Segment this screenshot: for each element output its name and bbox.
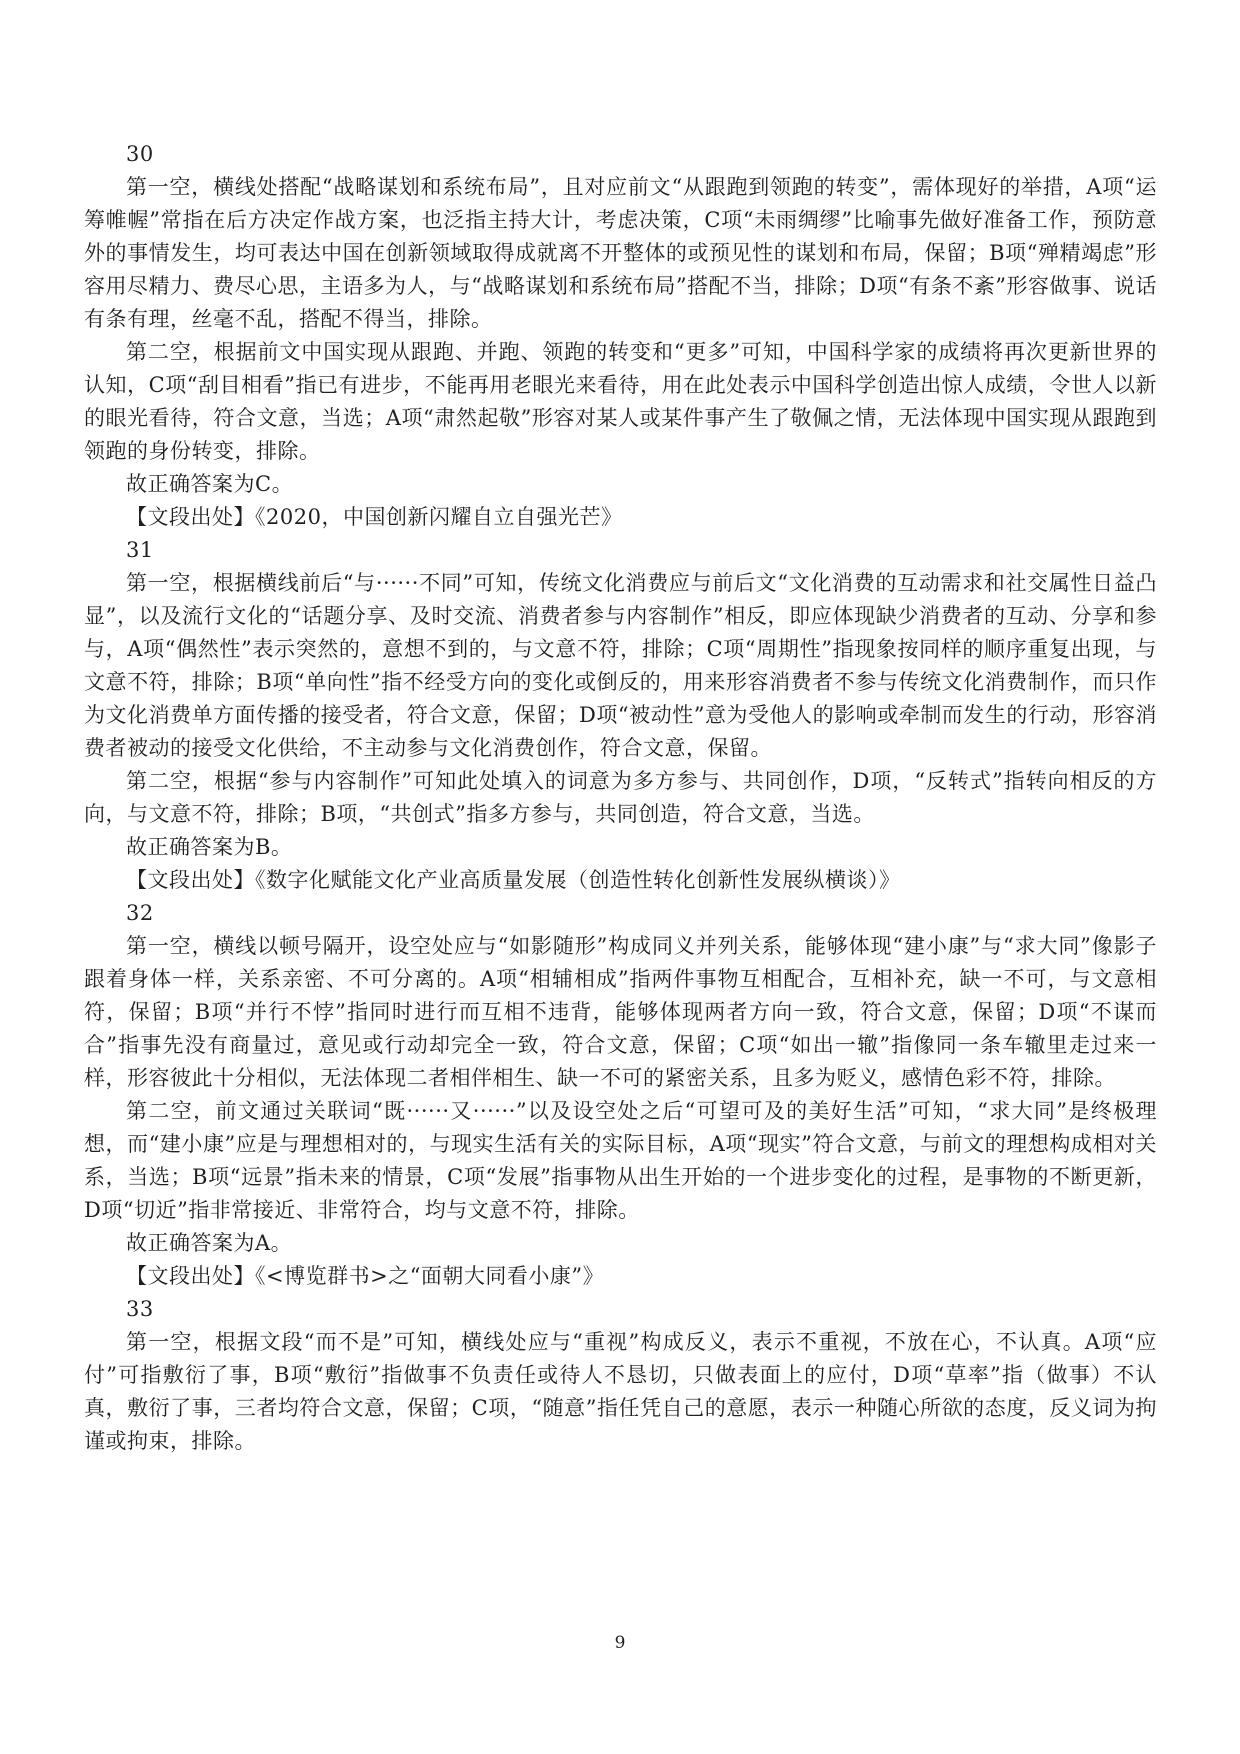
source-line: 【文段出处】《数字化赋能文化产业高质量发展（创造性转化创新性发展纵横谈）》 [84,864,1157,897]
analysis-paragraph: 第二空，根据“参与内容制作”可知此处填入的词意为多方参与、共同创作，D项，“反转… [84,765,1157,831]
analysis-paragraph: 第一空，根据文段“而不是”可知，横线处应与“重视”构成反义，表示不重视，不放在心… [84,1326,1157,1458]
question-number: 32 [84,897,1157,930]
source-line: 【文段出处】《2020，中国创新闪耀自立自强光芒》 [84,501,1157,534]
answer-explanations: 30 第一空，横线处搭配“战略谋划和系统布局”，且对应前文“从跟跑到领跑的转变”… [84,138,1157,1458]
page-number: 9 [0,1633,1240,1653]
analysis-paragraph: 第一空，横线处搭配“战略谋划和系统布局”，且对应前文“从跟跑到领跑的转变”，需体… [84,171,1157,336]
analysis-paragraph: 第二空，根据前文中国实现从跟跑、并跑、领跑的转变和“更多”可知，中国科学家的成绩… [84,336,1157,468]
answer-line: 故正确答案为B。 [84,831,1157,864]
question-number: 31 [84,534,1157,567]
analysis-paragraph: 第一空，根据横线前后“与······不同”可知，传统文化消费应与前后文“文化消费… [84,567,1157,765]
source-line: 【文段出处】《<博览群书>之“面朝大同看小康”》 [84,1260,1157,1293]
question-number: 30 [84,138,1157,171]
analysis-paragraph: 第二空，前文通过关联词“既······又······”以及设空处之后“可望可及的… [84,1095,1157,1227]
analysis-paragraph: 第一空，横线以顿号隔开，设空处应与“如影随形”构成同义并列关系，能够体现“建小康… [84,930,1157,1095]
question-number: 33 [84,1293,1157,1326]
answer-line: 故正确答案为C。 [84,468,1157,501]
answer-line: 故正确答案为A。 [84,1227,1157,1260]
document-page: 30 第一空，横线处搭配“战略谋划和系统布局”，且对应前文“从跟跑到领跑的转变”… [0,0,1240,1754]
